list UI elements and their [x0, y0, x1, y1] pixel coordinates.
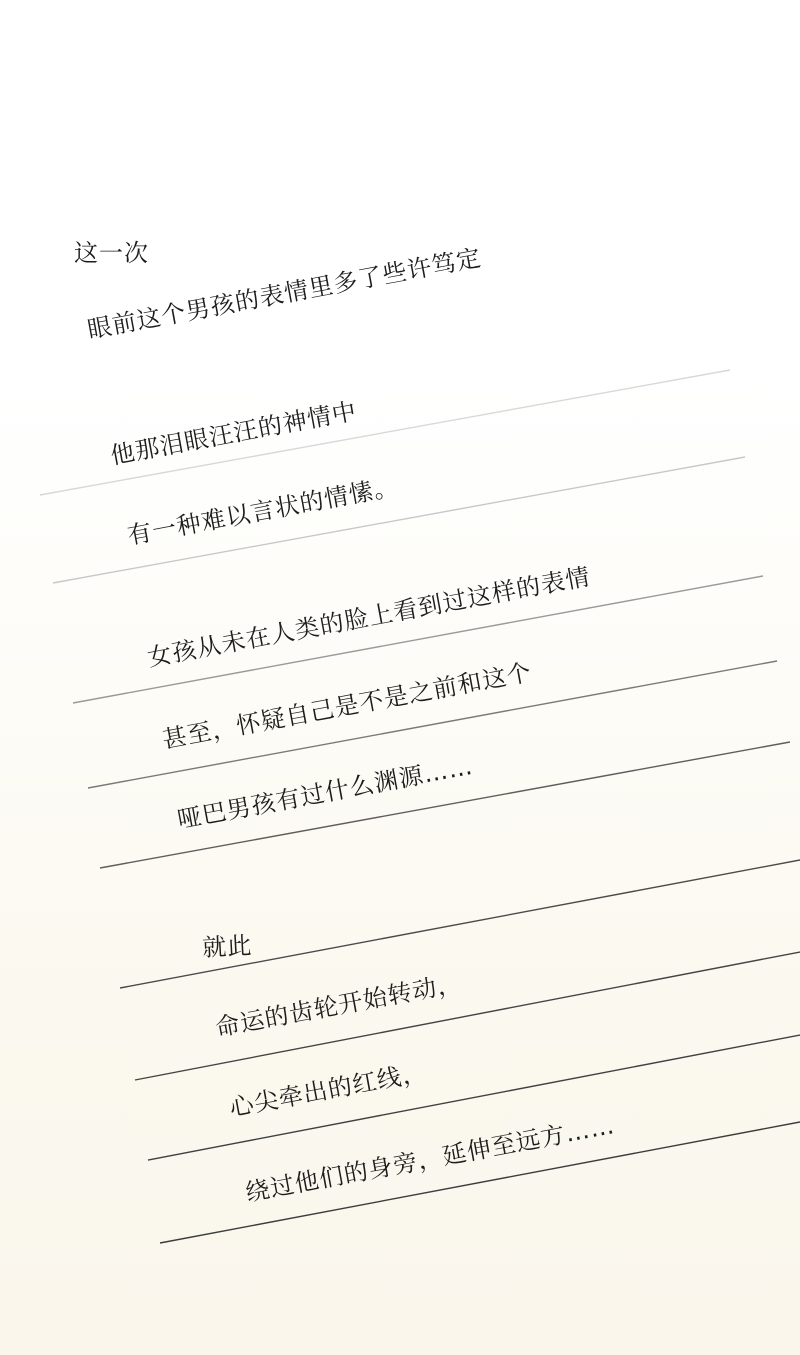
text-line-thus: 就此: [202, 933, 253, 960]
ruled-line: [120, 860, 800, 988]
text-line-intro: 这一次: [74, 241, 149, 265]
